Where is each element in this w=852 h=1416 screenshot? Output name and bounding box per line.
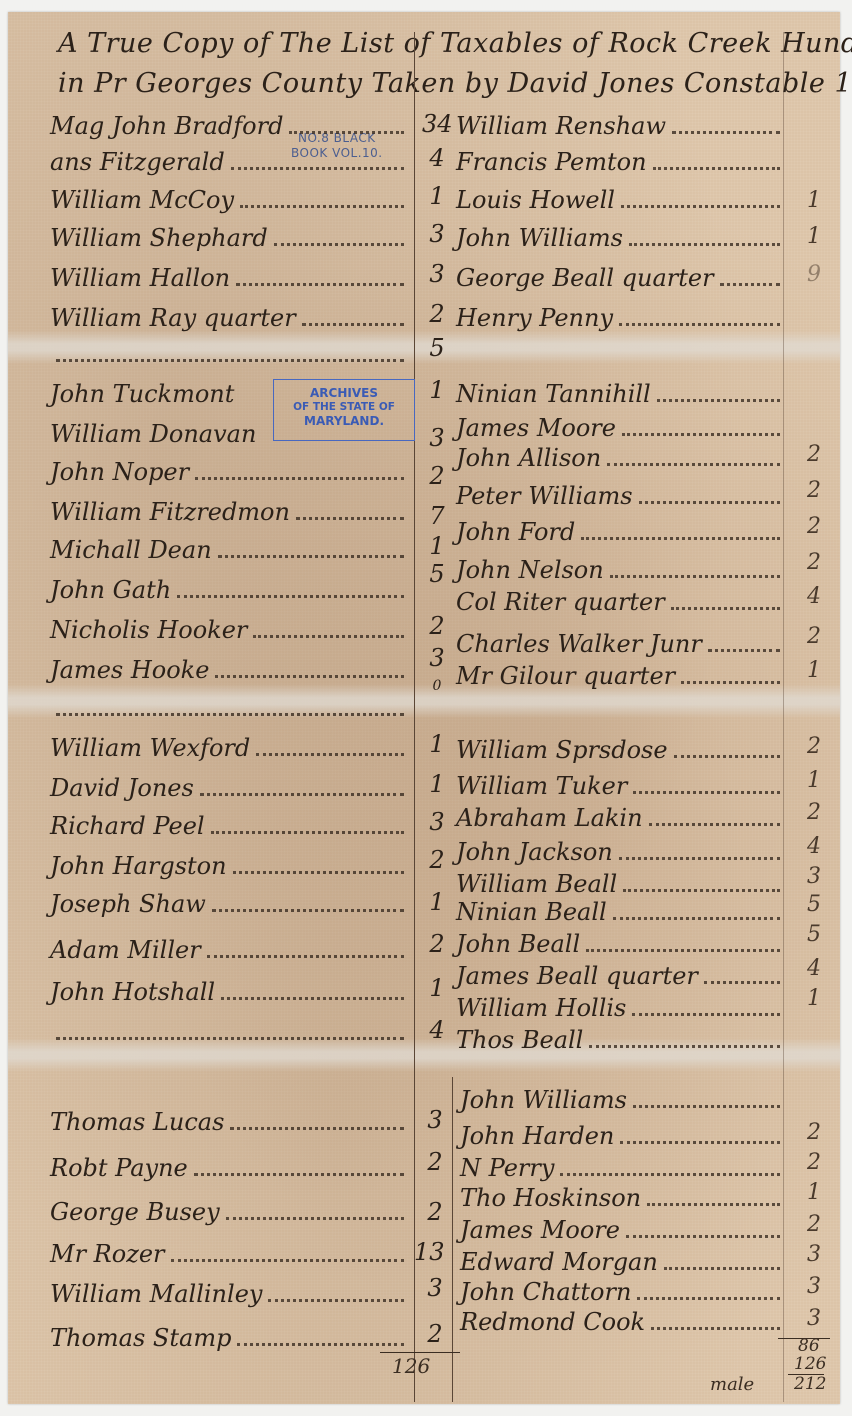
list-item: Mr Rozer — [50, 1234, 410, 1274]
count-value: 3 — [420, 1274, 450, 1302]
list-item: John Williams — [456, 218, 786, 258]
margin-value: 1 — [802, 768, 826, 793]
count-value: 2 — [420, 1198, 450, 1226]
count-value: 2 — [422, 846, 452, 874]
list-item: Joseph Shaw — [50, 884, 410, 924]
count-value: 7 — [422, 502, 452, 530]
margin-value: 1 — [802, 1180, 826, 1205]
male-label: male — [710, 1374, 754, 1395]
list-item: Peter Williams — [456, 476, 786, 516]
list-item: Francis Pemton — [456, 142, 786, 182]
list-item: Thos Beall — [456, 1020, 786, 1060]
count-value: 2 — [422, 930, 452, 958]
list-item: William Ray quarter — [50, 298, 410, 338]
archives-stamp: ARCHIVES OF THE STATE OF MARYLAND. — [273, 379, 415, 441]
list-item: John Gath — [50, 570, 410, 610]
margin-value: 4 — [802, 834, 826, 859]
left-total-rule — [380, 1352, 460, 1353]
margin-value: 2 — [802, 800, 826, 825]
list-item: David Jones — [50, 768, 410, 808]
margin-value: 2 — [802, 550, 826, 575]
list-item: Louis Howell — [456, 180, 786, 220]
count-value: 5 — [422, 560, 452, 588]
list-item: John Hargston — [50, 846, 410, 886]
margin-value: 2 — [802, 1150, 826, 1175]
count-value: 2 — [422, 462, 452, 490]
center-column-rule — [414, 32, 415, 1402]
count-value: 5 — [422, 334, 452, 362]
list-item: Mr Gilour quarter — [456, 656, 786, 696]
manuscript-page: A True Copy of The List of Taxables of R… — [8, 12, 840, 1404]
count-value: 34 — [422, 110, 452, 138]
list-item: William Fitzredmon — [50, 492, 410, 532]
count-value: 3 — [422, 424, 452, 452]
margin-value: 3 — [802, 1274, 826, 1299]
list-item: William Donavan — [50, 414, 270, 454]
margin-value: 3 — [802, 864, 826, 889]
list-item: Thomas Lucas — [50, 1102, 410, 1142]
margin-value: 4 — [802, 956, 826, 981]
margin-value: 2 — [802, 514, 826, 539]
list-item: William Wexford — [50, 728, 410, 768]
count-value: 3 — [420, 1106, 450, 1134]
margin-value: 3 — [802, 1242, 826, 1267]
list-item: William Sprsdose — [456, 730, 786, 770]
list-item: ans Fitzgerald — [50, 142, 410, 182]
right-carried: 126 — [794, 1354, 826, 1374]
count-value: 3 — [422, 808, 452, 836]
list-item: John Hotshall — [50, 972, 410, 1012]
list-item — [50, 1012, 410, 1052]
margin-value: 2 — [802, 1120, 826, 1145]
list-item: John Allison — [456, 438, 786, 478]
margin-value: 2 — [802, 1212, 826, 1237]
count-value: 4 — [422, 144, 452, 172]
count-value: 1 — [422, 770, 452, 798]
list-item: Adam Miller — [50, 930, 410, 970]
list-item: William Mallinley — [50, 1274, 410, 1314]
list-item: John Tuckmont — [50, 374, 270, 414]
list-item: George Busey — [50, 1192, 410, 1232]
margin-value: 1 — [802, 658, 826, 683]
count-value: 0 — [422, 678, 452, 694]
margin-value: 2 — [802, 442, 826, 467]
count-value: 2 — [422, 612, 452, 640]
count-value: 13 — [414, 1238, 444, 1266]
count-value: 2 — [422, 300, 452, 328]
left-total: 126 — [392, 1354, 430, 1378]
list-item: John Williams — [460, 1080, 786, 1120]
count-value: 3 — [422, 220, 452, 248]
count-value: 1 — [422, 974, 452, 1002]
list-item: William Renshaw — [456, 106, 786, 146]
list-item: James Hooke — [50, 650, 410, 690]
list-item — [50, 334, 410, 374]
list-item: William Shephard — [50, 218, 410, 258]
count-value: 3 — [422, 644, 452, 672]
list-item: Thomas Stamp — [50, 1318, 410, 1358]
count-column-rule — [452, 1077, 453, 1402]
scan-frame: A True Copy of The List of Taxables of R… — [0, 0, 852, 1416]
count-value: 3 — [422, 260, 452, 288]
list-item: George Beall quarter — [456, 258, 786, 298]
list-item: Robt Payne — [50, 1148, 410, 1188]
count-value: 1 — [422, 730, 452, 758]
list-item: Richard Peel — [50, 806, 410, 846]
margin-value: 1 — [802, 986, 826, 1011]
margin-value: 2 — [802, 734, 826, 759]
count-value: 2 — [420, 1320, 450, 1348]
right-grand-total: 212 — [794, 1374, 826, 1394]
count-value: 4 — [422, 1016, 452, 1044]
list-item: Nicholis Hooker — [50, 610, 410, 650]
list-item: Henry Penny — [456, 298, 786, 338]
header-line-1: A True Copy of The List of Taxables of R… — [58, 28, 852, 59]
margin-value: 3 — [802, 1306, 826, 1331]
count-value: 1 — [422, 888, 452, 916]
list-item: John Noper — [50, 452, 410, 492]
margin-value: 2 — [802, 624, 826, 649]
list-item: Redmond Cook — [460, 1302, 786, 1342]
list-item — [50, 688, 410, 728]
list-item: John Ford — [456, 512, 786, 552]
list-item: Col Riter quarter — [456, 582, 786, 622]
margin-value: 5 — [802, 892, 826, 917]
count-value: 1 — [422, 532, 452, 560]
header-line-2: in Pr Georges County Taken by David Jone… — [58, 68, 852, 99]
list-item: William Hallon — [50, 258, 410, 298]
list-item: Michall Dean — [50, 530, 410, 570]
margin-value: 1 — [802, 188, 826, 213]
count-value: 1 — [422, 376, 452, 404]
margin-value: 4 — [802, 584, 826, 609]
margin-value: 2 — [802, 478, 826, 503]
margin-value: 1 — [802, 224, 826, 249]
margin-value: 9 — [802, 262, 826, 287]
list-item: William McCoy — [50, 180, 410, 220]
count-value: 1 — [422, 182, 452, 210]
right-subtotal: 86 — [798, 1336, 820, 1356]
count-value: 2 — [420, 1148, 450, 1176]
list-item: Mag John Bradford — [50, 106, 410, 146]
margin-value: 5 — [802, 922, 826, 947]
